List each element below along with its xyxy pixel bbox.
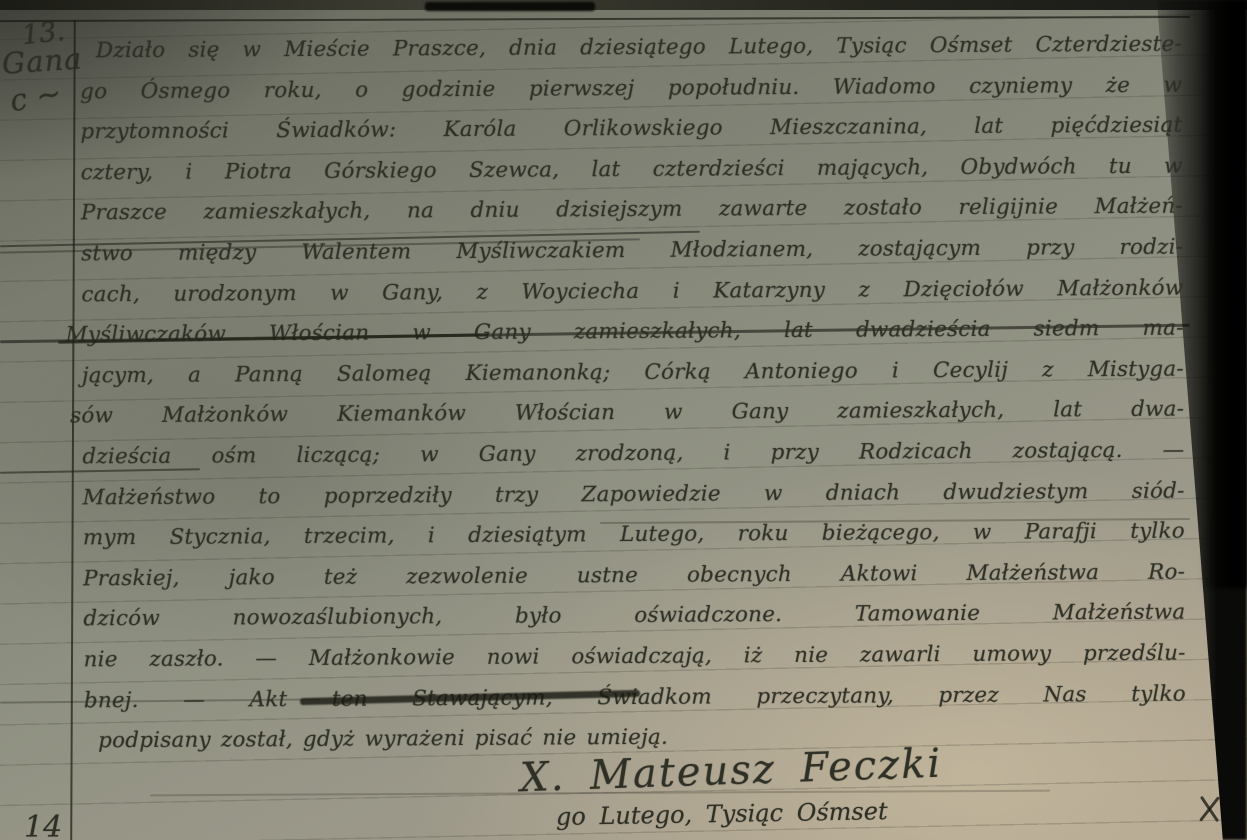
text-line: Małżeństwo to poprzedziły trzy Zapowiedz…	[83, 471, 1185, 518]
text-line: Działo się w Mieście Praszce, dnia dzies…	[80, 25, 1182, 72]
text-line: Myśliwczaków Włościan w Gany zamieszkały…	[66, 309, 1184, 356]
text-line: cztery, i Piotra Górskiego Szewca, lat c…	[81, 146, 1183, 193]
record-text: Działo się w Mieście Praszce, dnia dzies…	[80, 25, 1186, 762]
top-edge-shadow	[0, 0, 1247, 10]
text-line: Praszce zamieszkałych, na dniu dzisiejsz…	[81, 187, 1183, 234]
text-line: sów Małżonków Kiemanków Włościan w Gany …	[70, 390, 1184, 437]
next-record-fragment: go Lutego, Tysiąc Ośmset	[556, 797, 888, 831]
text-line: nie zaszło. — Małżonkowie nowi oświadcza…	[83, 634, 1185, 681]
text-line: jącym, a Panną Salomeą Kiemanonką; Córką…	[82, 349, 1184, 396]
text-line: mym Stycznia, trzecim, i dziesiątym Lute…	[83, 512, 1185, 559]
ink-smudge	[425, 2, 595, 11]
text-line: stwo między Walentem Myśliwczakiem Młodz…	[81, 228, 1183, 275]
ink-cross-mark	[1196, 796, 1222, 822]
text-line: przytomności Świadków: Karóla Orlikowski…	[80, 106, 1182, 153]
text-line: bnej. — Akt ten Stawającym, Świadkom prz…	[84, 674, 1186, 721]
book-edge-shadow-inner	[1201, 0, 1247, 588]
margin-flourish: c ~	[7, 76, 64, 119]
rule-line	[0, 16, 1190, 22]
register-page-photo: 13. Gana c ~ 14 Działo się w Mieście Pra…	[0, 0, 1247, 840]
text-line: go Ósmego roku, o godzinie pierwszej pop…	[80, 65, 1182, 112]
text-line: cach, urodzonym w Gany, z Woyciecha i Ka…	[81, 268, 1183, 315]
place-name: Gana	[1, 41, 84, 81]
text-line: dzieścia ośm liczącą; w Gany zrodzoną, i…	[82, 431, 1184, 478]
next-record-number: 14	[24, 810, 62, 840]
text-line: Praskiej, jako też zezwolenie ustne obec…	[83, 552, 1185, 599]
text-line: dziców nowozaślubionych, było oświadczon…	[83, 593, 1185, 640]
